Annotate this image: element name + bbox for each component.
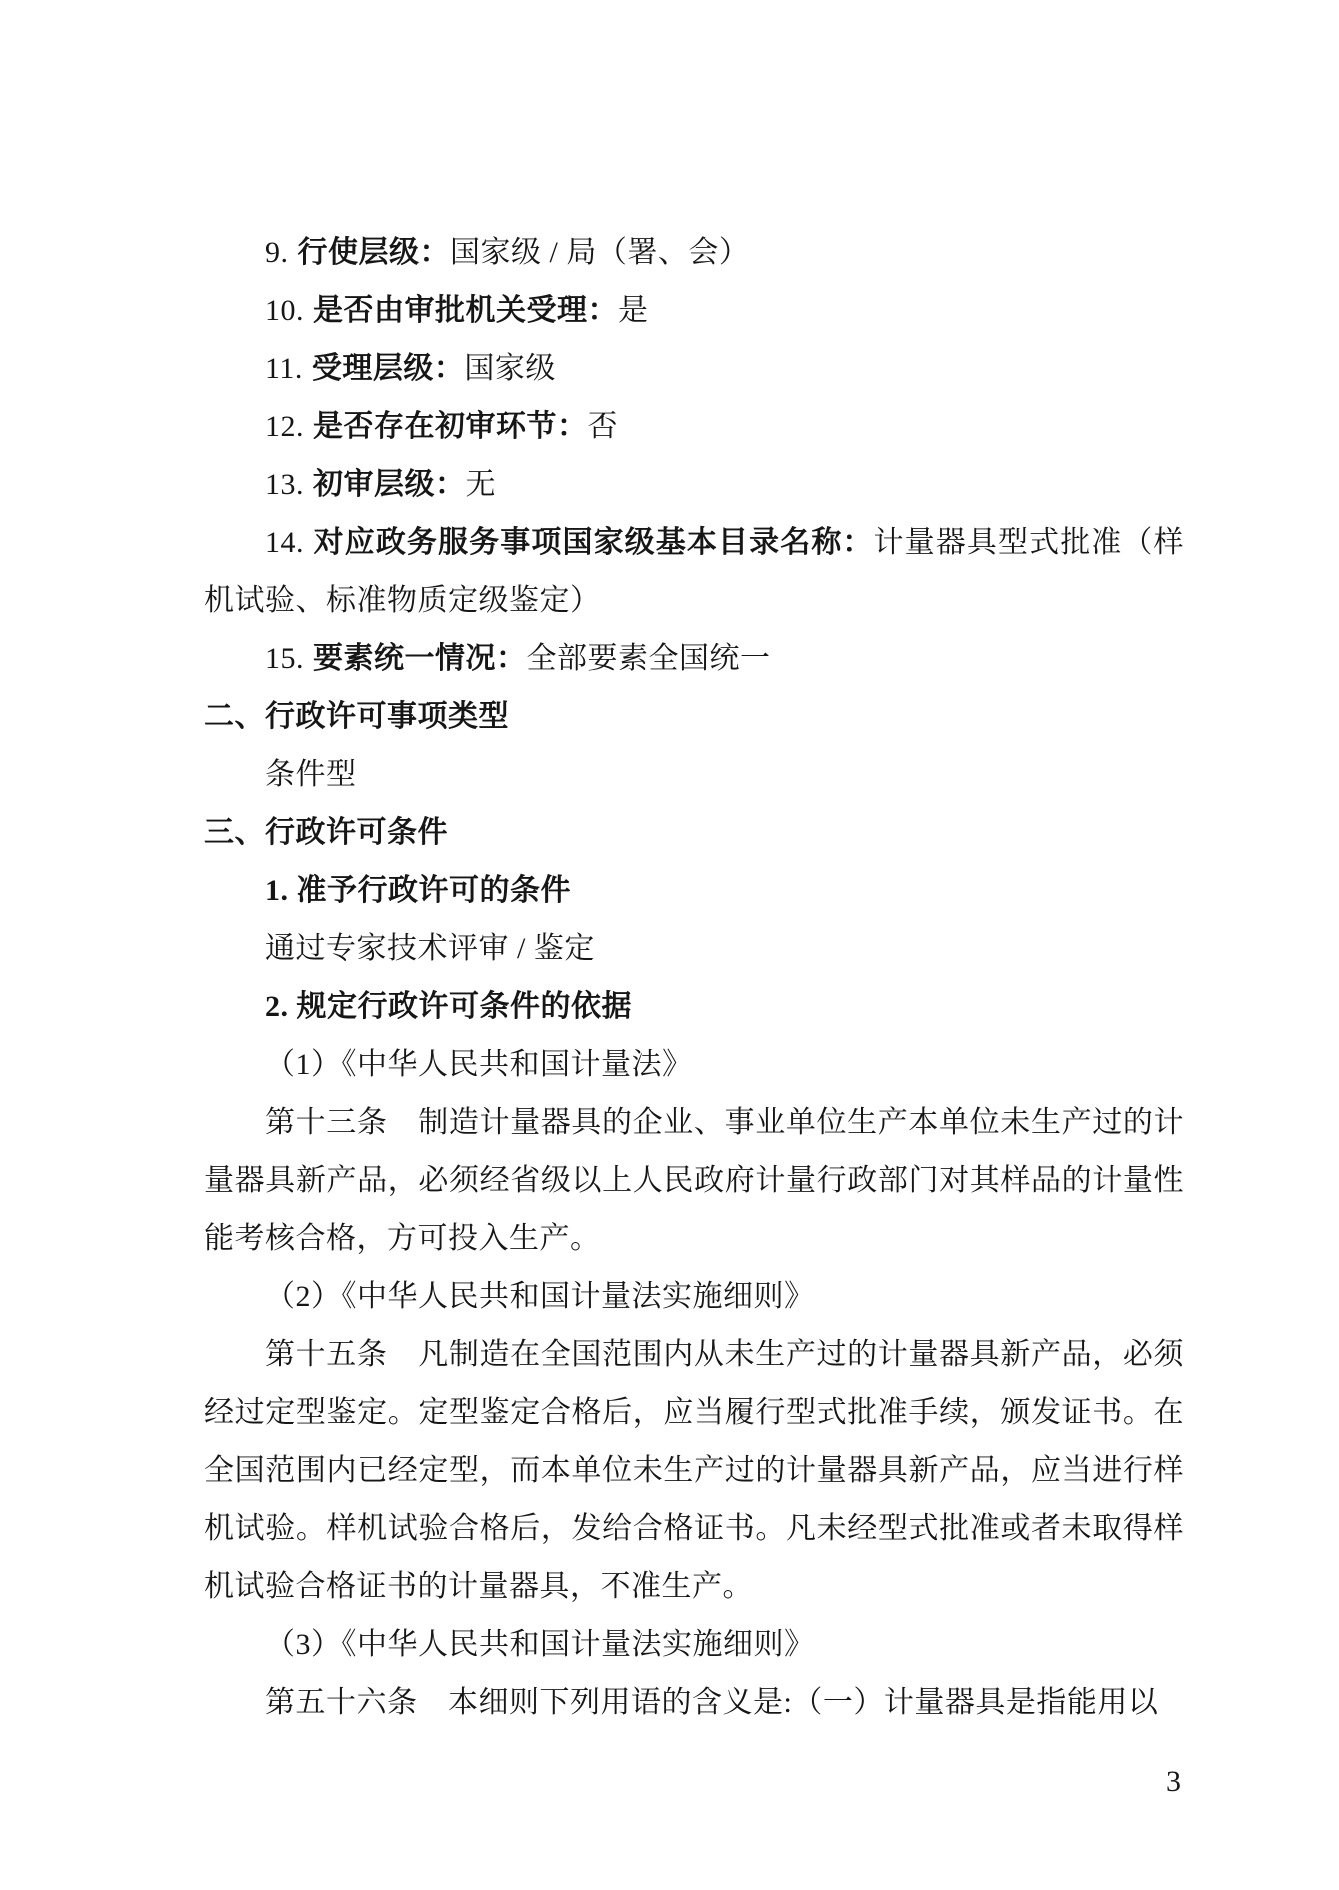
item-label: 对应政务服务事项国家级基本目录名称： <box>313 526 874 559</box>
paragraph-item-5: 14.对应政务服务事项国家级基本目录名称：计量器具型式批准（样机试验、标准物质定… <box>204 514 1184 630</box>
paragraph-item-0: 9.行使层级：国家级 / 局（署、会） <box>204 224 1184 282</box>
paragraph-item-2: 11.受理层级：国家级 <box>204 340 1184 398</box>
paragraph-body-indent-13: （1）《中华人民共和国计量法》 <box>204 1036 1184 1094</box>
document-content: 9.行使层级：国家级 / 局（署、会）10.是否由审批机关受理：是11.受理层级… <box>204 224 1184 1732</box>
item-label: 是否存在初审环节： <box>313 410 588 443</box>
item-value: 国家级 <box>464 352 556 385</box>
paragraph-para-18: 第五十六条 本细则下列用语的含义是:（一）计量器具是指能用以 <box>204 1674 1184 1732</box>
item-number: 15. <box>265 642 304 675</box>
item-value: 无 <box>466 468 497 501</box>
item-number: 14. <box>265 526 304 559</box>
paragraph-section-9: 三、行政许可条件 <box>204 804 1184 862</box>
paragraph-body-indent-17: （3）《中华人民共和国计量法实施细则》 <box>204 1616 1184 1674</box>
item-number: 11. <box>265 352 303 385</box>
item-value: 全部要素全国统一 <box>527 642 771 675</box>
item-value: 是 <box>618 294 649 327</box>
paragraph-subheading-10: 1. 准予行政许可的条件 <box>204 862 1184 920</box>
paragraph-body-indent-11: 通过专家技术评审 / 鉴定 <box>204 920 1184 978</box>
paragraph-item-3: 12.是否存在初审环节：否 <box>204 398 1184 456</box>
item-number: 12. <box>265 410 304 443</box>
item-value: 否 <box>588 410 619 443</box>
paragraph-item-4: 13.初审层级：无 <box>204 456 1184 514</box>
item-label: 是否由审批机关受理： <box>313 294 618 327</box>
item-label: 行使层级： <box>298 236 451 269</box>
paragraph-section-7: 二、行政许可事项类型 <box>204 688 1184 746</box>
paragraph-body-indent-15: （2）《中华人民共和国计量法实施细则》 <box>204 1268 1184 1326</box>
paragraph-item-6: 15.要素统一情况：全部要素全国统一 <box>204 630 1184 688</box>
paragraph-subheading-12: 2. 规定行政许可条件的依据 <box>204 978 1184 1036</box>
paragraph-body-indent-8: 条件型 <box>204 746 1184 804</box>
paragraph-item-1: 10.是否由审批机关受理：是 <box>204 282 1184 340</box>
paragraph-para-16: 第十五条 凡制造在全国范围内从未生产过的计量器具新产品，必须经过定型鉴定。定型鉴… <box>204 1326 1184 1616</box>
document-page: 9.行使层级：国家级 / 局（署、会）10.是否由审批机关受理：是11.受理层级… <box>0 0 1339 1890</box>
page-number: 3 <box>981 1753 1181 1811</box>
item-label: 初审层级： <box>313 468 466 501</box>
item-value: 国家级 / 局（署、会） <box>450 236 749 269</box>
item-number: 9. <box>265 236 289 269</box>
item-number: 13. <box>265 468 304 501</box>
item-label: 要素统一情况： <box>313 642 527 675</box>
paragraph-para-14: 第十三条 制造计量器具的企业、事业单位生产本单位未生产过的计量器具新产品，必须经… <box>204 1094 1184 1268</box>
item-label: 受理层级： <box>312 352 465 385</box>
item-number: 10. <box>265 294 304 327</box>
